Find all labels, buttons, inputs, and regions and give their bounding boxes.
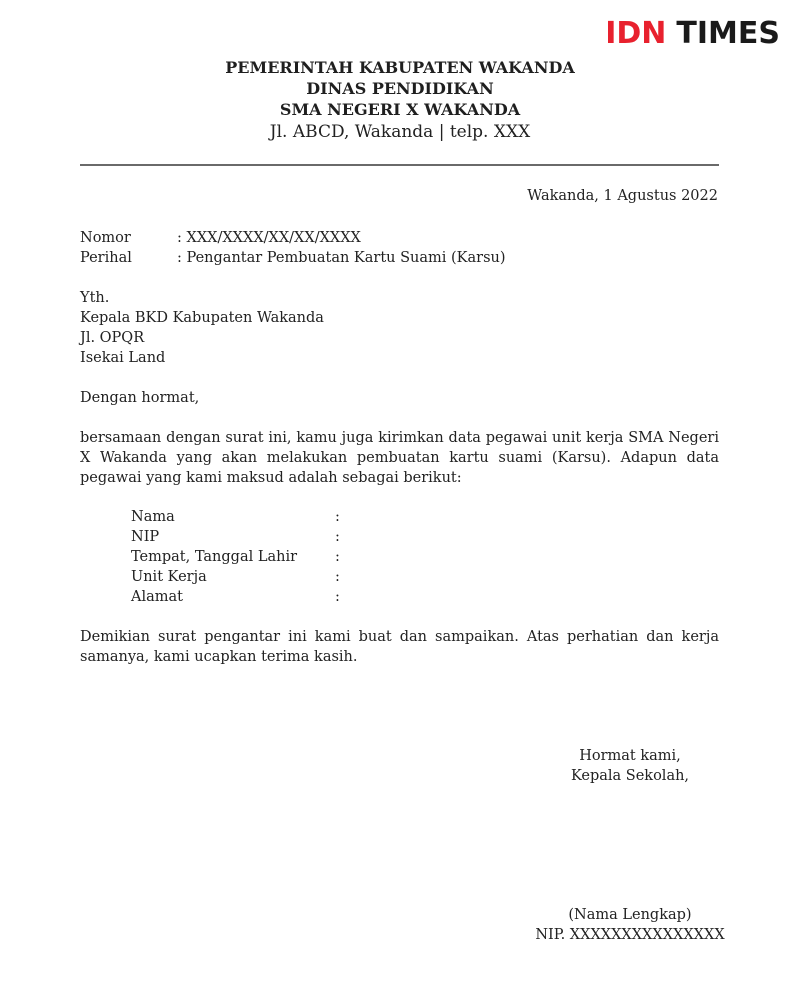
letterhead-agency: DINAS PENDIDIKAN xyxy=(0,78,800,99)
letterhead-school: SMA NEGERI X WAKANDA xyxy=(0,99,800,120)
field-separator: : xyxy=(335,507,340,527)
meta-value: : XXX/XXXX/XX/XX/XXXX xyxy=(177,228,361,248)
employee-fields: Nama : NIP : Tempat, Tanggal Lahir : Uni… xyxy=(131,507,340,607)
field-label: NIP xyxy=(131,527,335,547)
meta-row-subject: Perihal : Pengantar Pembuatan Kartu Suam… xyxy=(80,248,506,268)
meta-label: Nomor xyxy=(80,228,177,248)
logo-idn: IDN xyxy=(605,16,666,51)
meta-row-number: Nomor : XXX/XXXX/XX/XX/XXXX xyxy=(80,228,506,248)
field-separator: : xyxy=(335,527,340,547)
logo-times: TIMES xyxy=(676,16,780,51)
field-row: Unit Kerja : xyxy=(131,567,340,587)
field-label: Alamat xyxy=(131,587,335,607)
field-row: Alamat : xyxy=(131,587,340,607)
meta-value: : Pengantar Pembuatan Kartu Suami (Karsu… xyxy=(177,248,506,268)
recipient-line: Kepala BKD Kabupaten Wakanda xyxy=(80,308,324,328)
field-row: NIP : xyxy=(131,527,340,547)
recipient-line: Yth. xyxy=(80,288,324,308)
letterhead-government: PEMERINTAH KABUPATEN WAKANDA xyxy=(0,57,800,78)
field-label: Unit Kerja xyxy=(131,567,335,587)
letter-date: Wakanda, 1 Agustus 2022 xyxy=(527,186,718,206)
letterhead: PEMERINTAH KABUPATEN WAKANDA DINAS PENDI… xyxy=(0,57,800,144)
signature-block: (Nama Lengkap) NIP. XXXXXXXXXXXXXXX xyxy=(520,905,740,945)
letterhead-divider xyxy=(80,164,719,166)
body-paragraph-2: Demikian surat pengantar ini kami buat d… xyxy=(80,627,719,667)
field-label: Nama xyxy=(131,507,335,527)
field-separator: : xyxy=(335,587,340,607)
closing-title: Kepala Sekolah, xyxy=(520,766,740,786)
recipient-line: Jl. OPQR xyxy=(80,328,324,348)
recipient-block: Yth. Kepala BKD Kabupaten Wakanda Jl. OP… xyxy=(80,288,324,368)
idn-times-logo: IDNTIMES xyxy=(605,16,780,52)
greeting: Dengan hormat, xyxy=(80,388,199,408)
body-paragraph-1: bersamaan dengan surat ini, kamu juga ki… xyxy=(80,428,719,488)
letterhead-address: Jl. ABCD, Wakanda | telp. XXX xyxy=(0,120,800,144)
signature-name: (Nama Lengkap) xyxy=(520,905,740,925)
closing-block: Hormat kami, Kepala Sekolah, xyxy=(520,746,740,786)
field-separator: : xyxy=(335,547,340,567)
closing-salutation: Hormat kami, xyxy=(520,746,740,766)
letter-meta: Nomor : XXX/XXXX/XX/XX/XXXX Perihal : Pe… xyxy=(80,228,506,268)
meta-label: Perihal xyxy=(80,248,177,268)
field-row: Nama : xyxy=(131,507,340,527)
signature-nip: NIP. XXXXXXXXXXXXXXX xyxy=(520,925,740,945)
field-label: Tempat, Tanggal Lahir xyxy=(131,547,335,567)
field-row: Tempat, Tanggal Lahir : xyxy=(131,547,340,567)
recipient-line: Isekai Land xyxy=(80,348,324,368)
field-separator: : xyxy=(335,567,340,587)
